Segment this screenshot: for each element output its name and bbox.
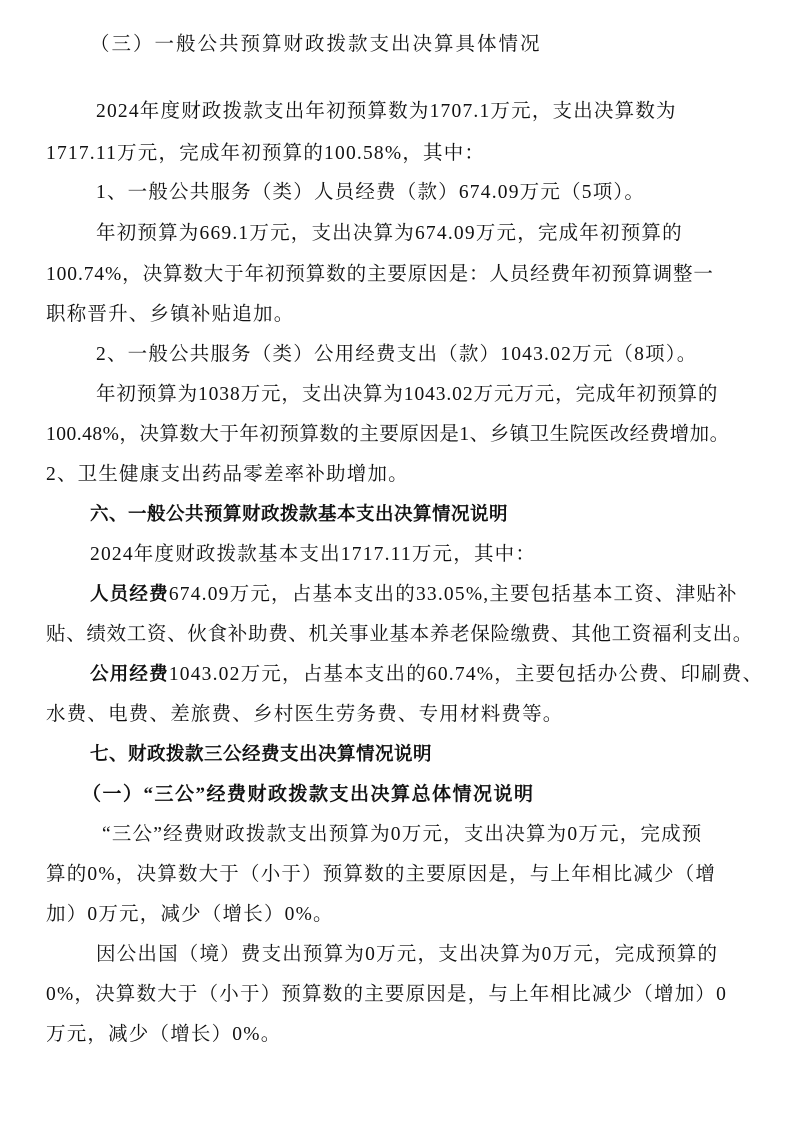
paragraph-line: 100.74%，决算数大于年初预算数的主要原因是：人员经费年初预算调整一 <box>46 263 714 287</box>
section-heading-3: （三）一般公共预算财政拨款支出决算具体情况 <box>90 33 542 57</box>
paragraph-line: 职称晋升、乡镇补贴追加。 <box>46 303 294 327</box>
paragraph-line: 万元，减少（增长）0%。 <box>46 1023 281 1047</box>
bold-label-public: 公用经费 <box>90 664 169 685</box>
paragraph-line: 年初预算为1038万元，支出决算为1043.02万元万元，完成年初预算的 <box>96 383 718 407</box>
paragraph-line: 因公出国（境）费支出预算为0万元，支出决算为0万元，完成预算的 <box>96 943 718 967</box>
paragraph-line: 加）0万元，减少（增长）0%。 <box>46 903 334 927</box>
paragraph-line: 公用经费1043.02万元，占基本支出的60.74%，主要包括办公费、印刷费、 <box>90 663 763 687</box>
list-item-1: 1、一般公共服务（类）人员经费（款）674.09万元（5项）。 <box>96 181 645 205</box>
paragraph-line: 0%，决算数大于（小于）预算数的主要原因是，与上年相比减少（增加）0 <box>46 983 727 1007</box>
paragraph-line: 2、卫生健康支出药品零差率补助增加。 <box>46 463 409 487</box>
paragraph-text: 1043.02万元，占基本支出的60.74%，主要包括办公费、印刷费、 <box>169 664 764 685</box>
paragraph-line: 1717.11万元，完成年初预算的100.58%，其中： <box>46 142 485 166</box>
paragraph-line: 2024年度财政拨款基本支出1717.11万元，其中： <box>90 543 536 567</box>
paragraph-text: 674.09万元，占基本支出的33.05%,主要包括基本工资、津贴补 <box>169 584 738 605</box>
paragraph-line: “三公”经费财政拨款支出预算为0万元，支出决算为0万元，完成预 <box>102 823 703 847</box>
paragraph-line: 算的0%，决算数大于（小于）预算数的主要原因是，与上年相比减少（增 <box>46 863 716 887</box>
bold-label-personnel: 人员经费 <box>90 584 169 605</box>
section-heading-7: 七、财政拨款三公经费支出决算情况说明 <box>90 743 432 767</box>
paragraph-line: 年初预算为669.1万元，支出决算为674.09万元，完成年初预算的 <box>96 222 683 246</box>
subsection-heading-7-1: （一）“三公”经费财政拨款支出决算总体情况说明 <box>82 783 535 807</box>
paragraph-line: 水费、电费、差旅费、乡村医生劳务费、专用材料费等。 <box>46 703 564 727</box>
paragraph-line: 2024年度财政拨款支出年初预算数为1707.1万元，支出决算数为 <box>96 100 677 124</box>
paragraph-line: 贴、绩效工资、伙食补助费、机关事业基本养老保险缴费、其他工资福利支出。 <box>46 623 753 647</box>
paragraph-line: 人员经费674.09万元，占基本支出的33.05%,主要包括基本工资、津贴补 <box>90 583 738 607</box>
paragraph-line: 100.48%，决算数大于年初预算数的主要原因是1、乡镇卫生院医改经费增加。 <box>46 423 730 447</box>
section-heading-6: 六、一般公共预算财政拨款基本支出决算情况说明 <box>90 503 508 527</box>
list-item-2: 2、一般公共服务（类）公用经费支出（款）1043.02万元（8项）。 <box>96 343 697 367</box>
